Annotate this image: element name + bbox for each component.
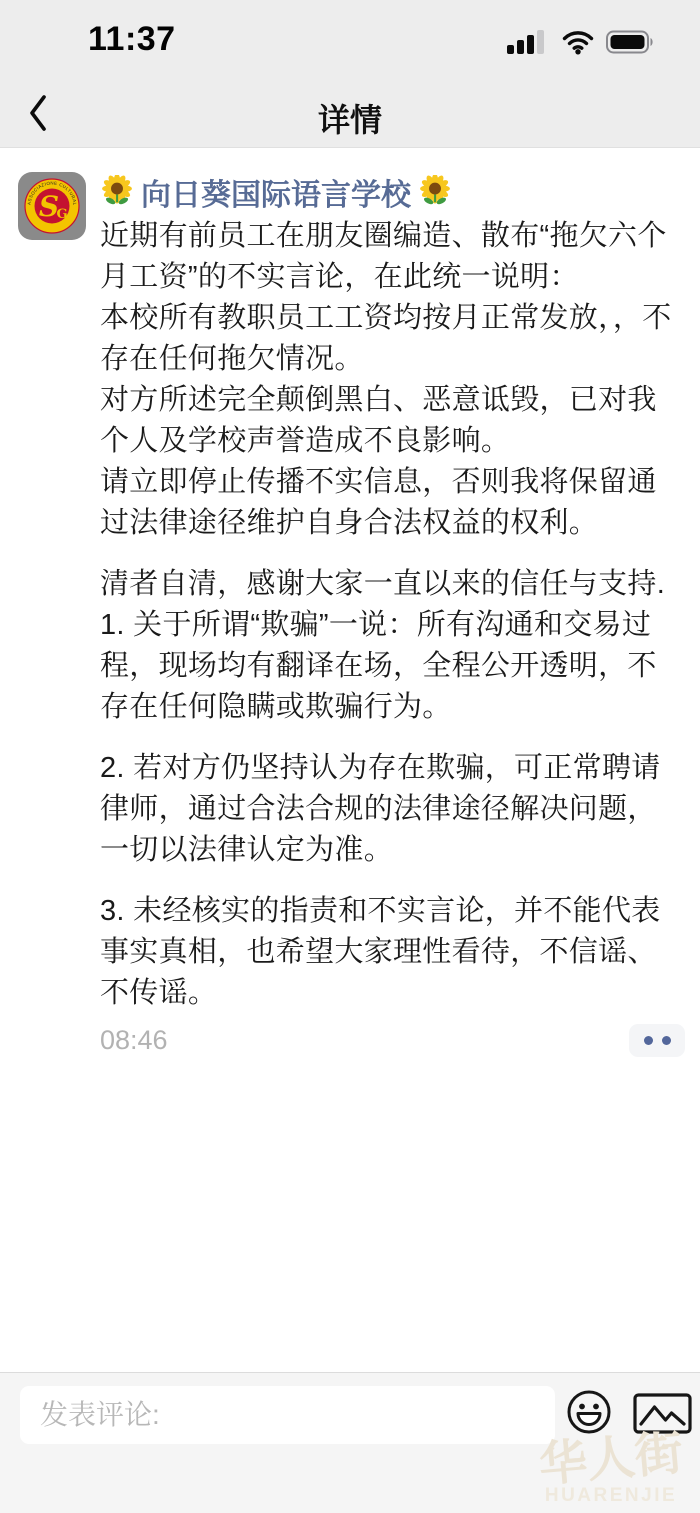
post-meta: 08:46: [100, 1024, 685, 1057]
post-paragraph: 3. 未经核实的指责和不实言论，并不能代表事实真相，也希望大家理性看待，不信谣、…: [100, 891, 685, 1014]
avatar[interactable]: ASSOCIAZIONE CULTURALE IL GIRASOLE S G: [18, 172, 86, 240]
page-title: 详情: [0, 95, 700, 141]
post-timestamp: 08:46: [100, 1025, 168, 1056]
cellular-signal-icon: [506, 27, 550, 57]
comment-bar: 发表评论:: [0, 1372, 700, 1513]
post-paragraph: 1. 关于所谓“欺骗”一说：所有沟通和交易过程，现场均有翻译在场，全程公开透明，…: [100, 605, 685, 728]
post-author-name: 向日葵国际语言学校: [141, 170, 411, 214]
wifi-icon: [561, 29, 595, 55]
post-paragraph: [100, 871, 685, 891]
sunflower-emoji-icon: [418, 175, 452, 209]
emoji-button[interactable]: [566, 1389, 612, 1435]
post-paragraph: 请立即停止传播不实信息，否则我将保留通过法律途径维护自身合法权益的权利。: [100, 462, 685, 544]
status-time: 11:37: [88, 20, 176, 59]
comment-placeholder: 发表评论:: [40, 1386, 555, 1444]
post-paragraph: 对方所述完全颠倒黑白、恶意诋毁，已对我个人及学校声誉造成不良影响。: [100, 380, 685, 462]
dot-icon: [662, 1036, 671, 1045]
post-paragraph: [100, 544, 685, 564]
post-main: 向日葵国际语言学校 近期有前员工在朋友圈编造、散布“拖欠六个月工资”的不实言论，…: [100, 172, 685, 1057]
post-paragraph: [100, 728, 685, 748]
school-logo-icon: ASSOCIAZIONE CULTURALE IL GIRASOLE S G: [18, 172, 86, 240]
battery-icon: [606, 30, 656, 54]
post-paragraph: 近期有前员工在朋友圈编造、散布“拖欠六个月工资”的不实言论，在此统一说明：: [100, 216, 685, 298]
post: ASSOCIAZIONE CULTURALE IL GIRASOLE S G 向…: [0, 172, 700, 1057]
image-button[interactable]: [633, 1393, 692, 1434]
post-paragraph: 2. 若对方仍坚持认为存在欺骗，可正常聘请律师，通过合法合规的法律途径解决问题，…: [100, 748, 685, 871]
svg-text:G: G: [56, 207, 67, 222]
like-comment-button[interactable]: [629, 1024, 685, 1057]
post-paragraph: 本校所有教职员工工资均按月正常发放，，不存在任何拖欠情况。: [100, 298, 685, 380]
dot-icon: [644, 1036, 653, 1045]
top-chrome: 11:37 详情: [0, 0, 700, 148]
comment-input[interactable]: 发表评论:: [20, 1386, 555, 1444]
sunflower-emoji-icon: [100, 175, 134, 209]
post-text: 近期有前员工在朋友圈编造、散布“拖欠六个月工资”的不实言论，在此统一说明：本校所…: [100, 216, 685, 1014]
status-icons: [506, 27, 656, 57]
post-paragraph: 清者自清，感谢大家一直以来的信任与支持.: [100, 564, 685, 605]
post-author[interactable]: 向日葵国际语言学校: [100, 172, 685, 212]
wechat-moments-detail-screen: 11:37 详情: [0, 0, 700, 1513]
